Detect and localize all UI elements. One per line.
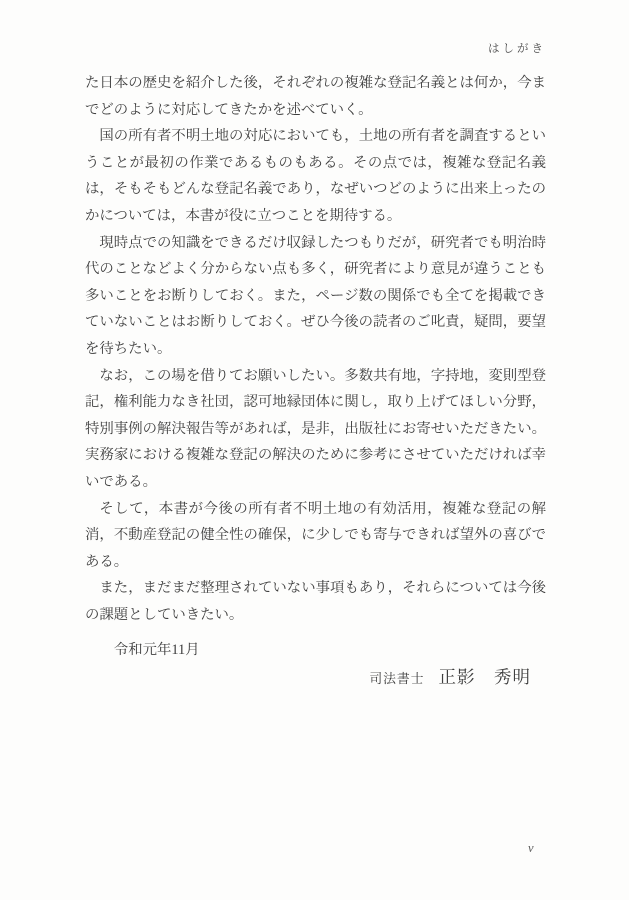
running-header: はしがき (488, 40, 546, 56)
preface-paragraph-6: また，まだまだ整理されていない事項もあり，それらについては今後の課題としていきた… (85, 575, 546, 628)
preface-paragraph-4: なお，この場を借りてお願いしたい。多数共有地，字持地，変則型登記，権利能力なき社… (85, 363, 546, 496)
author-title: 司法書士 (369, 672, 424, 686)
page-number: v (528, 841, 534, 856)
book-page: はしがき た日本の歴史を紹介した後，それぞれの複雑な登記名義とは何か，今までどの… (0, 0, 629, 900)
preface-paragraph-5: そして，本書が今後の所有者不明土地の有効活用，複雑な登記の解消，不動産登記の健全… (85, 496, 546, 576)
preface-paragraph-2: 国の所有者不明土地の対応においても，土地の所有者を調査するということが最初の作業… (85, 123, 546, 229)
signature-line: 司法書士正影 秀明 (85, 664, 546, 693)
preface-paragraph-1: た日本の歴史を紹介した後，それぞれの複雑な登記名義とは何か，今までどのように対応… (85, 70, 546, 123)
preface-text-block: た日本の歴史を紹介した後，それぞれの複雑な登記名義とは何か，今までどのように対応… (85, 70, 546, 693)
author-name: 正影 秀明 (439, 667, 532, 687)
date-line: 令和元年11月 (85, 637, 546, 664)
preface-paragraph-3: 現時点での知識をできるだけ収録したつもりだが，研究者でも明治時代のことなどよく分… (85, 230, 546, 363)
